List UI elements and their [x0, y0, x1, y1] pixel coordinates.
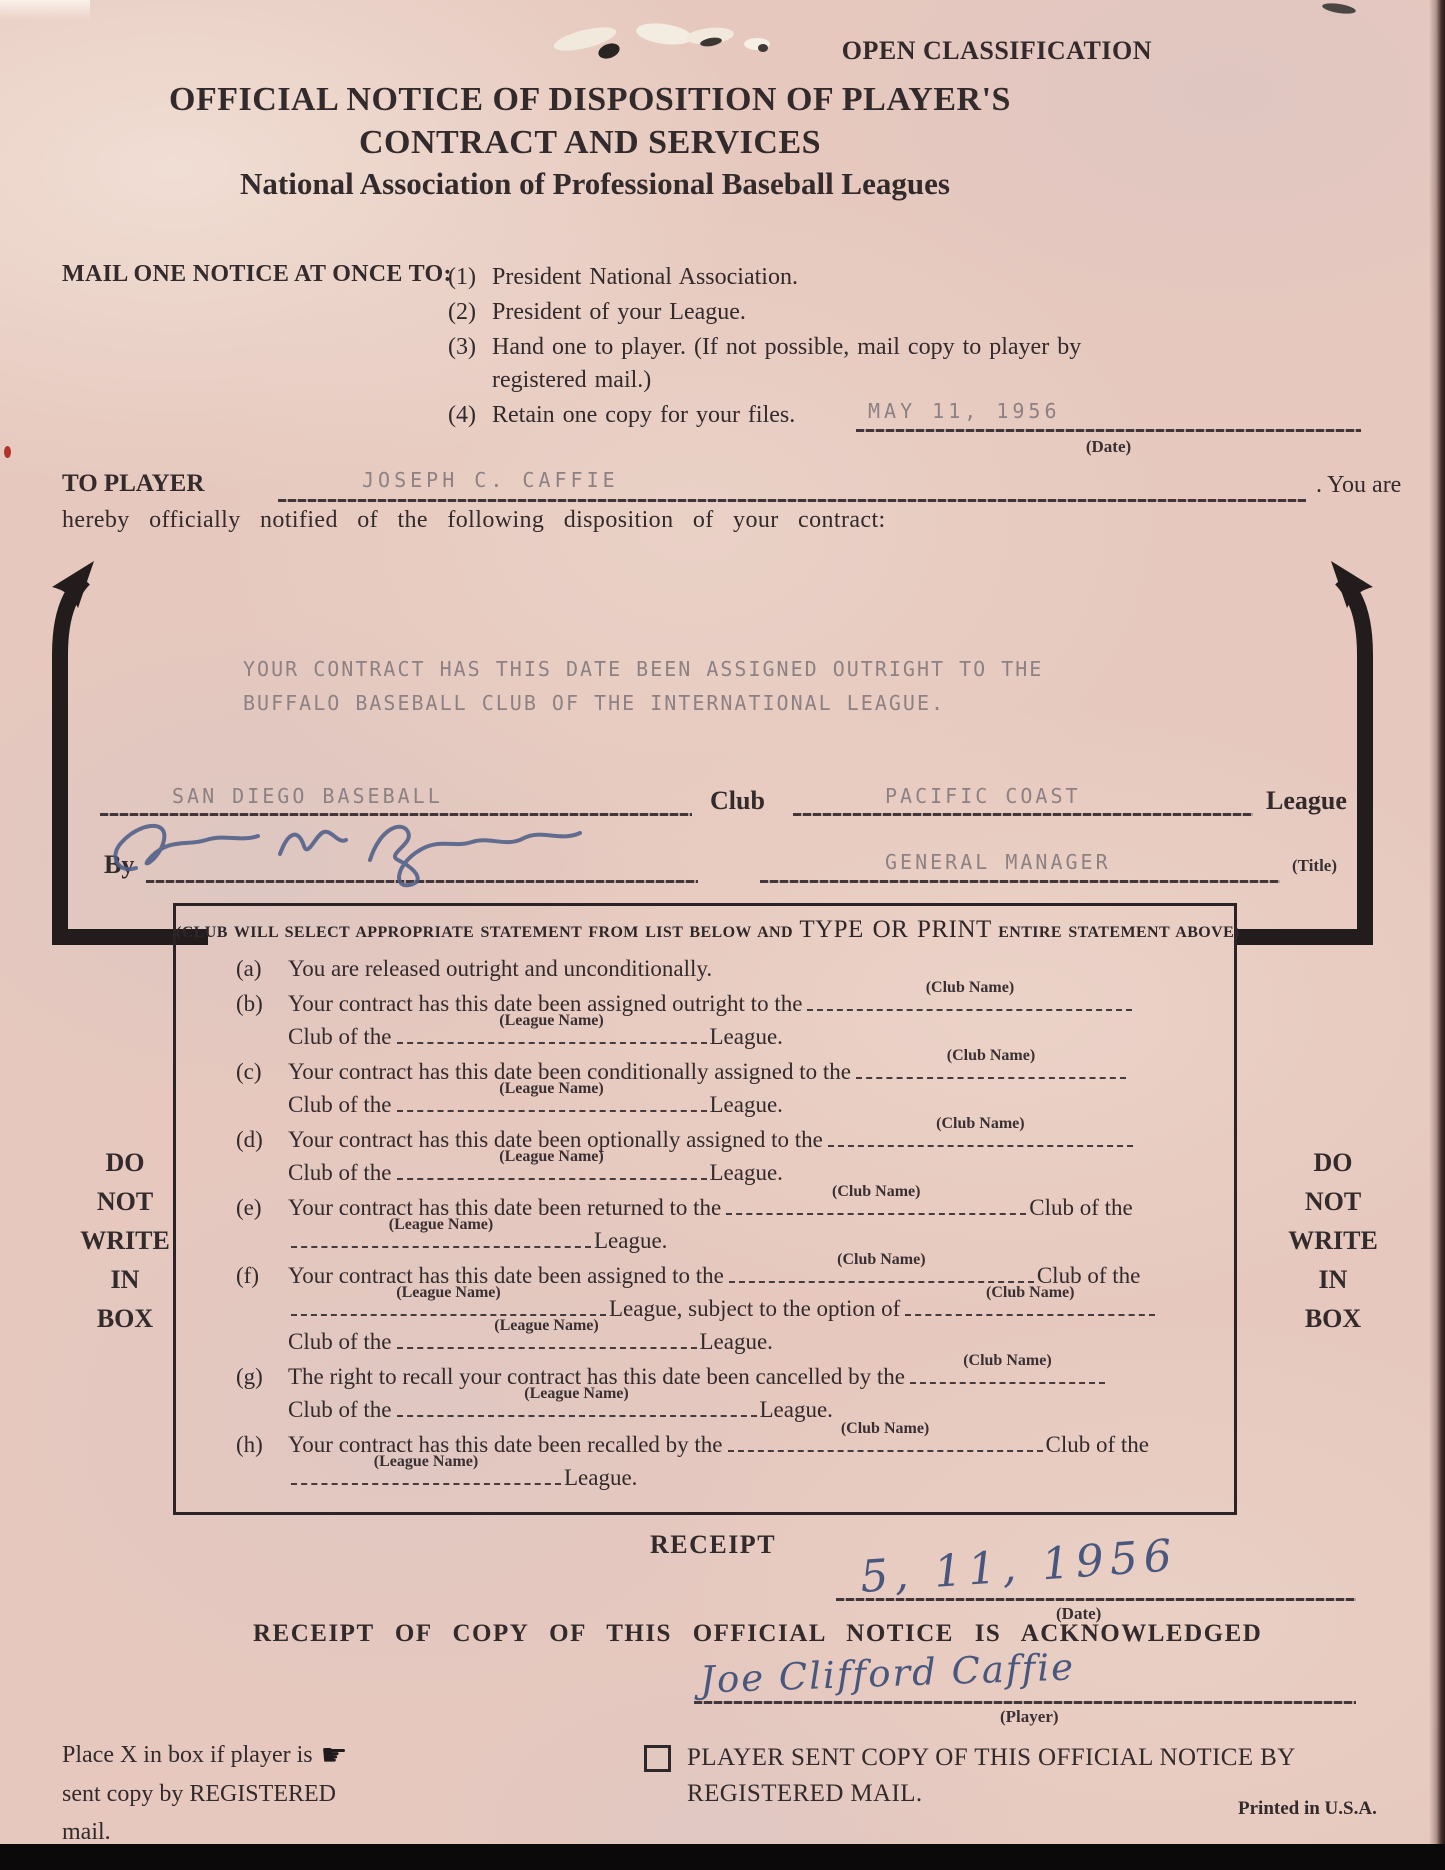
you-are-text: . You are	[1316, 472, 1401, 499]
blank-caption: (League Name)	[396, 1276, 500, 1309]
do-not-write-right: DO NOT WRITE IN BOX	[1268, 1143, 1398, 1338]
statement-text: League.	[594, 1228, 669, 1253]
statement-row: Club of the(League Name)League.	[288, 1020, 1212, 1053]
receipt-heading: RECEIPT	[613, 1530, 813, 1560]
statement-text: Club of the	[288, 1160, 394, 1185]
fill-in-blank: (Club Name)	[726, 1191, 1026, 1215]
staple-mark	[758, 44, 768, 52]
fill-in-blank: (League Name)	[397, 1156, 707, 1180]
player-caption: (Player)	[1000, 1707, 1059, 1727]
fill-in-blank: (League Name)	[291, 1461, 561, 1485]
statement-text: Your contract has this date been recalle…	[288, 1432, 725, 1457]
statement-text: Club of the	[1029, 1195, 1135, 1220]
fill-in-blank: (League Name)	[397, 1088, 707, 1112]
statement-row: Club of the(League Name)League.	[288, 1325, 1212, 1358]
scan-bottom-bar	[0, 1844, 1445, 1870]
blank-caption: (League Name)	[389, 1208, 493, 1241]
statement-row: Club of the(League Name)League.	[288, 1156, 1212, 1189]
statement-box: (CLUB WILL SELECT APPROPRIATE STATEMENT …	[173, 903, 1237, 1515]
statement-key: (h)	[236, 1428, 288, 1494]
statement-key: (a)	[236, 952, 288, 985]
blank-caption: (Club Name)	[832, 1175, 920, 1208]
statement-row: The right to recall your contract has th…	[288, 1360, 1212, 1393]
fill-in-blank: (Club Name)	[807, 987, 1132, 1011]
statement-item-h: (h)Your contract has this date been reca…	[236, 1428, 1212, 1494]
statement-text: Club of the	[288, 1024, 394, 1049]
statement-box-header-post: ENTIRE STATEMENT ABOVE)	[992, 924, 1240, 941]
statement-box-header: (CLUB WILL SELECT APPROPRIATE STATEMENT …	[176, 906, 1234, 944]
blank-caption: (League Name)	[499, 1140, 603, 1173]
blank-caption: (Club Name)	[963, 1344, 1051, 1377]
mail-item: (3) Hand one to player. (If not possible…	[448, 331, 1150, 397]
statement-row: Your contract has this date been conditi…	[288, 1055, 1212, 1088]
statement-row: Your contract has this date been assigne…	[288, 987, 1212, 1020]
statement-row: (League Name)League.	[288, 1461, 1212, 1494]
blank-caption: (League Name)	[494, 1309, 598, 1342]
statement-text: League.	[710, 1160, 785, 1185]
title-rule	[760, 880, 1280, 883]
statement-row: You are released outright and unconditio…	[288, 952, 1212, 985]
checkbox-label: PLAYER SENT COPY OF THIS OFFICIAL NOTICE…	[687, 1740, 1296, 1812]
statement-text: Club of the	[288, 1397, 394, 1422]
do-not-write-word: IN	[1268, 1260, 1398, 1299]
fill-in-blank: (League Name)	[397, 1020, 707, 1044]
disposition-line2: BUFFALO BASEBALL CLUB OF THE INTERNATION…	[243, 686, 1043, 720]
receipt-date-rule	[836, 1598, 1356, 1601]
statement-item-f: (f)Your contract has this date been assi…	[236, 1259, 1212, 1358]
do-not-write-word: WRITE	[60, 1221, 190, 1260]
statement-item-e: (e)Your contract has this date been retu…	[236, 1191, 1212, 1257]
title-typed: GENERAL MANAGER	[885, 850, 1111, 874]
instruction-line: Place X in box if player is☛	[62, 1736, 542, 1775]
registered-mail-checkbox-row: PLAYER SENT COPY OF THIS OFFICIAL NOTICE…	[644, 1740, 1296, 1812]
date-caption: (Date)	[856, 437, 1361, 457]
do-not-write-word: BOX	[1268, 1299, 1398, 1338]
player-signature-handwritten: Joe Clifford Caffie	[699, 1645, 1075, 1701]
statement-item-b: (b)Your contract has this date been assi…	[236, 987, 1212, 1053]
fill-in-blank: (Club Name)	[905, 1292, 1155, 1316]
acknowledgement-text: RECEIPT OF COPY OF THIS OFFICIAL NOTICE …	[253, 1620, 1262, 1648]
club-officer-signature: Ralph M Kiner	[108, 796, 608, 891]
fill-in-blank: (League Name)	[397, 1325, 697, 1349]
statement-text: Club of the	[288, 1092, 394, 1117]
scan-right-edge-shadow	[1429, 0, 1445, 1846]
blank-caption: (Club Name)	[986, 1276, 1074, 1309]
fill-in-blank: (Club Name)	[910, 1360, 1105, 1384]
statement-item-g: (g)The right to recall your contract has…	[236, 1360, 1212, 1426]
statement-text: You are released outright and unconditio…	[288, 956, 714, 981]
blank-caption: (League Name)	[499, 1072, 603, 1105]
date-rule	[856, 429, 1361, 432]
disposition-line1: YOUR CONTRACT HAS THIS DATE BEEN ASSIGNE…	[243, 652, 1043, 686]
document-title-line2: CONTRACT AND SERVICES	[0, 121, 1180, 164]
statement-key: (b)	[236, 987, 288, 1053]
left-arrowhead-icon	[52, 561, 94, 608]
statement-row: (League Name)League.	[288, 1224, 1212, 1257]
scanned-document-page: OPEN CLASSIFICATION OFFICIAL NOTICE OF D…	[0, 0, 1445, 1870]
statement-row: (League Name)League, subject to the opti…	[288, 1292, 1212, 1325]
instruction-line: sent copy by REGISTERED	[62, 1775, 542, 1813]
statement-text: Club of the	[1046, 1432, 1152, 1457]
receipt-date-handwritten: 5, 11, 1956	[859, 1530, 1180, 1603]
fill-in-blank: (Club Name)	[828, 1123, 1133, 1147]
statement-key: (d)	[236, 1123, 288, 1189]
blank-caption: (Club Name)	[837, 1243, 925, 1276]
statement-box-header-emphasis: TYPE OR PRINT	[799, 916, 991, 943]
checkbox-label-line1: PLAYER SENT COPY OF THIS OFFICIAL NOTICE…	[687, 1740, 1296, 1776]
mail-item: (2) President of your League.	[448, 296, 1150, 329]
statement-text: League.	[700, 1329, 775, 1354]
statement-text: Your contract has this date been assigne…	[288, 1263, 726, 1288]
mail-item-number: (2)	[448, 296, 492, 329]
title-caption: (Title)	[1292, 856, 1337, 876]
printed-in-usa: Printed in U.S.A.	[1238, 1798, 1377, 1820]
fill-in-blank: (Club Name)	[856, 1055, 1126, 1079]
blank-caption: (Club Name)	[947, 1039, 1035, 1072]
mail-item-text: Hand one to player. (If not possible, ma…	[492, 331, 1150, 397]
do-not-write-word: NOT	[60, 1182, 190, 1221]
statement-key: (g)	[236, 1360, 288, 1426]
statement-text: League.	[710, 1092, 785, 1117]
do-not-write-word: BOX	[60, 1299, 190, 1338]
statement-row: Club of the(League Name)League.	[288, 1088, 1212, 1121]
classification-label: OPEN CLASSIFICATION	[842, 36, 1152, 66]
manicule-icon: ☛	[313, 1739, 348, 1772]
statement-text: League.	[760, 1397, 835, 1422]
statement-item-c: (c)Your contract has this date been cond…	[236, 1055, 1212, 1121]
player-name-rule	[278, 499, 1306, 502]
player-signature-rule	[694, 1701, 1356, 1704]
blank-caption: (League Name)	[524, 1377, 628, 1410]
document-title-line1: OFFICIAL NOTICE OF DISPOSITION OF PLAYER…	[0, 78, 1180, 121]
mail-item-text: President of your League.	[492, 296, 1150, 329]
paper-tear	[635, 20, 693, 48]
mail-item-number: (1)	[448, 261, 492, 294]
right-arrowhead-icon	[1331, 561, 1373, 608]
blank-caption: (Club Name)	[841, 1412, 929, 1445]
league-label: League	[1266, 786, 1347, 816]
blank-caption: (Club Name)	[936, 1107, 1024, 1140]
statement-item-d: (d)Your contract has this date been opti…	[236, 1123, 1212, 1189]
club-label: Club	[710, 786, 765, 816]
checkbox-icon	[644, 1745, 671, 1772]
checkbox-label-line2: REGISTERED MAIL.	[687, 1776, 1296, 1812]
notification-text: hereby officially notified of the follow…	[62, 507, 886, 534]
statement-key: (f)	[236, 1259, 288, 1358]
fill-in-blank: (League Name)	[291, 1224, 591, 1248]
mail-item: (1) President National Association.	[448, 261, 1150, 294]
statement-row: Club of the(League Name)League.	[288, 1393, 1212, 1426]
mail-item-text: President National Association.	[492, 261, 1150, 294]
blank-caption: (League Name)	[499, 1004, 603, 1037]
do-not-write-left: DO NOT WRITE IN BOX	[60, 1143, 190, 1338]
typed-date: MAY 11, 1956	[868, 399, 1061, 423]
blank-caption: (League Name)	[374, 1445, 478, 1478]
statement-item-a: (a)You are released outright and uncondi…	[236, 952, 1212, 985]
fill-in-blank: (League Name)	[397, 1393, 757, 1417]
registered-mail-instruction: Place X in box if player is☛ sent copy b…	[62, 1736, 542, 1851]
statement-key: (e)	[236, 1191, 288, 1257]
to-player-label: TO PLAYER	[62, 470, 204, 498]
statement-key: (c)	[236, 1055, 288, 1121]
statement-text: League.	[710, 1024, 785, 1049]
staple-mark	[596, 41, 621, 62]
instruction-text: Place X in box if player is	[62, 1742, 313, 1768]
statement-text: League.	[564, 1465, 639, 1490]
statement-list: (a)You are released outright and uncondi…	[176, 944, 1234, 1494]
blank-caption: (Club Name)	[926, 971, 1014, 1004]
do-not-write-word: DO	[1268, 1143, 1398, 1182]
statement-box-header-pre: (CLUB WILL SELECT APPROPRIATE STATEMENT …	[176, 924, 799, 941]
mail-item-number: (4)	[448, 399, 492, 432]
mail-instructions-label: MAIL ONE NOTICE AT ONCE TO:	[62, 261, 452, 288]
typed-disposition-statement: YOUR CONTRACT HAS THIS DATE BEEN ASSIGNE…	[243, 652, 1043, 720]
do-not-write-word: NOT	[1268, 1182, 1398, 1221]
edge-mark	[4, 446, 11, 458]
statement-row: Your contract has this date been optiona…	[288, 1123, 1212, 1156]
statement-text: Club of the	[288, 1329, 394, 1354]
edge-mark	[1322, 1, 1357, 15]
mail-item-number: (3)	[448, 331, 492, 397]
document-title: OFFICIAL NOTICE OF DISPOSITION OF PLAYER…	[0, 78, 1180, 164]
player-name-typed: JOSEPH C. CAFFIE	[362, 468, 619, 492]
organization-name: National Association of Professional Bas…	[0, 166, 1190, 202]
league-name-typed: PACIFIC COAST	[885, 784, 1081, 808]
statement-text: League, subject to the option of	[609, 1296, 902, 1321]
page-corner-curl	[0, 0, 90, 20]
fill-in-blank: (Club Name)	[728, 1428, 1043, 1452]
do-not-write-word: IN	[60, 1260, 190, 1299]
do-not-write-word: DO	[60, 1143, 190, 1182]
statement-text: Your contract has this date been returne…	[288, 1195, 723, 1220]
do-not-write-word: WRITE	[1268, 1221, 1398, 1260]
league-name-rule	[793, 813, 1253, 816]
